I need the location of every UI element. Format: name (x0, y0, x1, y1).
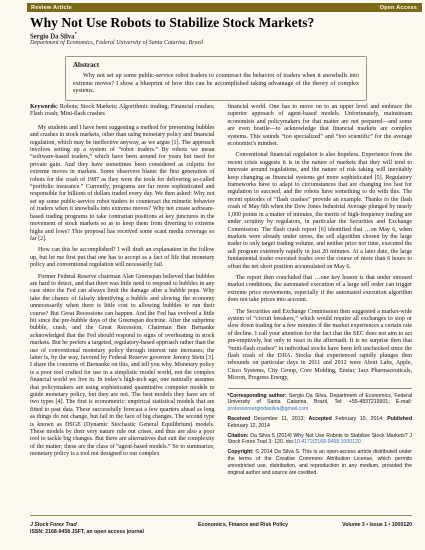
keywords-text: Robots; Stock Markets; Algorithmic tradi… (30, 104, 215, 117)
abstract-text: Why not set up some public-service robot… (73, 72, 359, 95)
accepted-label: Accepted (308, 416, 331, 422)
footer-journal-name: J Stock Forex Trad (30, 522, 144, 529)
right-column: financial world. One has to move on to a… (228, 104, 413, 479)
citation-label: Citation: (228, 433, 249, 439)
corresponding-author-note: *Corresponding author: Sergio Da Silva, … (228, 393, 413, 413)
received-label: Received (228, 416, 251, 422)
abstract-heading: Abstract (73, 61, 359, 69)
footer-journal-issn: ISSN: 2168-9458 JSFT, an open access jou… (30, 529, 144, 536)
footnotes-block: *Corresponding author: Sergio Da Silva, … (228, 393, 413, 477)
doi-link[interactable]: 10.4172/2168-9458.1000120 (294, 439, 361, 445)
copyright-note: Copyright: © 2014 Da Silva S. This is an… (228, 449, 413, 476)
page-footer: J Stock Forex Trad ISSN: 2168-9458 JSFT,… (30, 515, 412, 536)
page-title: Why Not Use Robots to Stabilize Stock Ma… (30, 15, 411, 31)
citation-note: Citation: Da Silva S (2014) Why Not Use … (228, 433, 413, 447)
body-paragraph: My students and I have been suggesting a… (30, 125, 215, 244)
footer-rule (30, 515, 412, 516)
author-asterisk: * (75, 31, 77, 36)
body-paragraph: The Securities and Exchange Commission t… (228, 309, 413, 383)
article-type-bar: Review Article Open Access (27, 3, 422, 12)
body-paragraph: The report then concluded that …one key … (228, 275, 413, 305)
footer-journal-info: J Stock Forex Trad ISSN: 2168-9458 JSFT,… (30, 522, 144, 536)
corresponding-author-label: *Corresponding author: (228, 393, 287, 399)
body-columns: Keywords: Robots; Stock Markets; Algorit… (30, 104, 412, 479)
keywords-line: Keywords: Robots; Stock Markets; Algorit… (30, 104, 215, 119)
article-page: Review Article Open Access Why Not Use R… (0, 0, 425, 550)
keywords-label: Keywords: (30, 104, 58, 110)
footnote-divider (228, 388, 413, 389)
copyright-label: Copyright: (228, 449, 254, 455)
article-type-label: Review Article (31, 5, 72, 11)
published-label: Published (387, 416, 412, 422)
author-email-link[interactable]: professorsergiodasilva@gmail.com (228, 406, 309, 412)
footer-volume-info: Volume 3 • Issue 1 • 1000120 (342, 522, 412, 528)
body-paragraph: Conventional financial regulation is als… (228, 152, 413, 271)
published-date: February 12, 2014 (228, 423, 270, 429)
open-access-label: Open Access (380, 5, 417, 11)
body-paragraph: How can this be accomplished? I will dra… (30, 247, 215, 269)
dates-note: Received December 11, 2013; Accepted Feb… (228, 416, 413, 430)
body-paragraph: Former Federal Reserve chairman Alan Gre… (30, 274, 215, 459)
abstract-box: Abstract Why not set up some public-serv… (65, 56, 367, 101)
footer-row: J Stock Forex Trad ISSN: 2168-9458 JSFT,… (30, 522, 412, 536)
copyright-text: © 2014 Da Silva S. This is an open-acces… (228, 449, 413, 475)
body-paragraph: financial world. One has to move on to a… (228, 104, 413, 148)
footer-issue-title: Economics, Finance and Risk Policy (198, 522, 288, 528)
accepted-date: February 10, 2014; (332, 416, 387, 422)
received-date: December 11, 2013; (250, 416, 308, 422)
author-affiliation: Department of Economics, Federal Univers… (30, 40, 203, 46)
left-column: Keywords: Robots; Stock Markets; Algorit… (30, 104, 215, 479)
author-name: Sergio Da Silva* (30, 31, 77, 40)
